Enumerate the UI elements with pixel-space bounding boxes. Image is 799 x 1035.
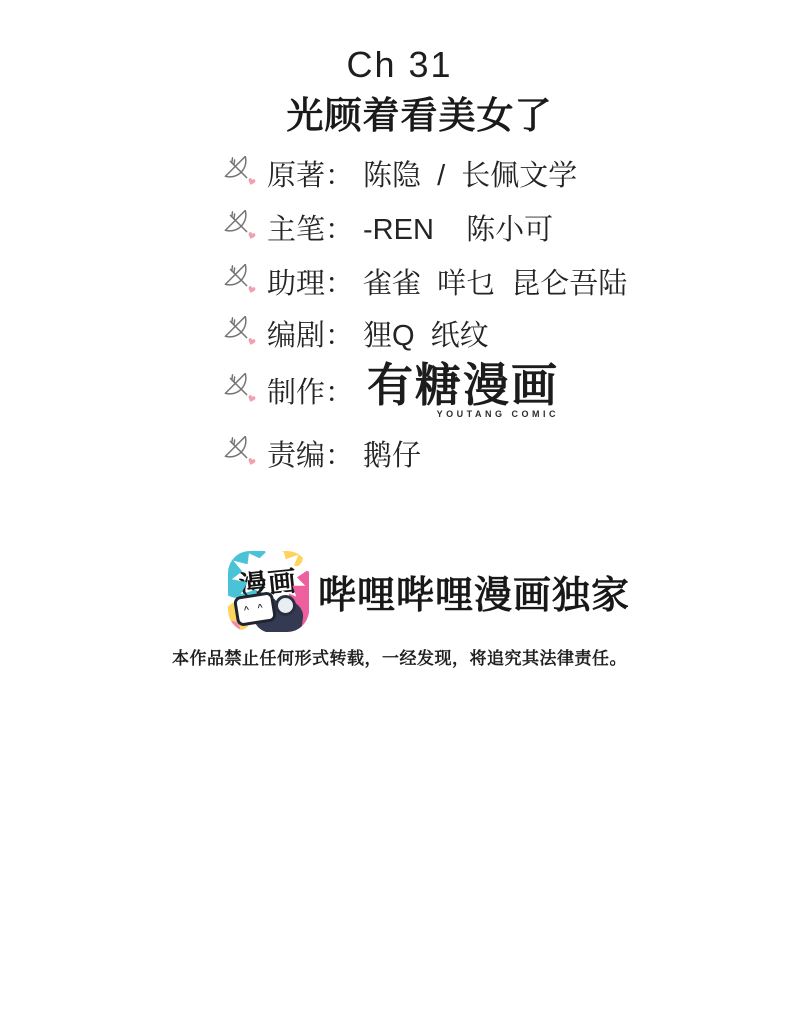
credit-value: 狸Q 纸纹: [363, 313, 489, 354]
chapter-number: Ch 31: [0, 44, 799, 86]
bow-arrow-heart-icon: [224, 373, 260, 408]
bilibili-tv-mascot-icon: ^ ^: [233, 591, 277, 627]
exclusive-label: 哔哩哔哩漫画独家: [318, 564, 630, 619]
credit-role: 原著：: [267, 153, 354, 194]
bow-arrow-heart-icon: [224, 316, 260, 351]
credit-row-screenwriter: 编剧： 狸Q 纸纹: [224, 312, 489, 354]
headphone-icon: [275, 595, 296, 616]
credit-role: 责编：: [267, 433, 354, 474]
credit-row-lead-artist: 主笔： -REN 陈小可: [224, 206, 553, 248]
publisher-row: 漫画 ^ ^ 哔哩哔哩漫画独家: [228, 551, 630, 632]
chapter-title: 光顾着看美女了: [20, 85, 799, 139]
youtang-logo-name: 有糖漫画: [367, 361, 559, 409]
comic-credits-page: { "header": { "chapter": "Ch 31", "title…: [0, 0, 799, 1035]
bow-arrow-heart-icon: [224, 156, 260, 191]
bow-arrow-heart-icon: [224, 264, 260, 299]
credit-value: 鹅仔: [363, 433, 421, 474]
youtang-comic-logo: 有糖漫画 YOUTANG COMIC: [367, 361, 559, 419]
credit-row-assistants: 助理： 雀雀 咩乜 昆仑吾陆: [224, 260, 627, 302]
credit-value: 陈隐 / 长佩文学: [363, 153, 577, 194]
bow-arrow-heart-icon: [224, 210, 260, 245]
credit-value: 雀雀 咩乜 昆仑吾陆: [363, 261, 627, 302]
credit-row-production: 制作： 有糖漫画 YOUTANG COMIC: [224, 358, 559, 422]
tv-face: ^ ^: [243, 601, 266, 614]
credit-role: 助理：: [267, 261, 354, 302]
credit-role: 主笔：: [267, 207, 354, 248]
credit-row-editor: 责编： 鹅仔: [224, 432, 421, 474]
credit-role: 编剧：: [267, 313, 354, 354]
youtang-logo-subtext: YOUTANG COMIC: [367, 410, 559, 419]
credit-role: 制作：: [267, 370, 354, 411]
bilibili-manga-app-icon: 漫画 ^ ^: [228, 551, 309, 632]
bow-arrow-heart-icon: [224, 436, 260, 471]
credit-value: -REN 陈小可: [363, 207, 553, 248]
credit-row-original-author: 原著： 陈隐 / 长佩文学: [224, 152, 577, 194]
copyright-disclaimer: 本作品禁止任何形式转载，一经发现，将追究其法律责任。: [0, 644, 799, 669]
